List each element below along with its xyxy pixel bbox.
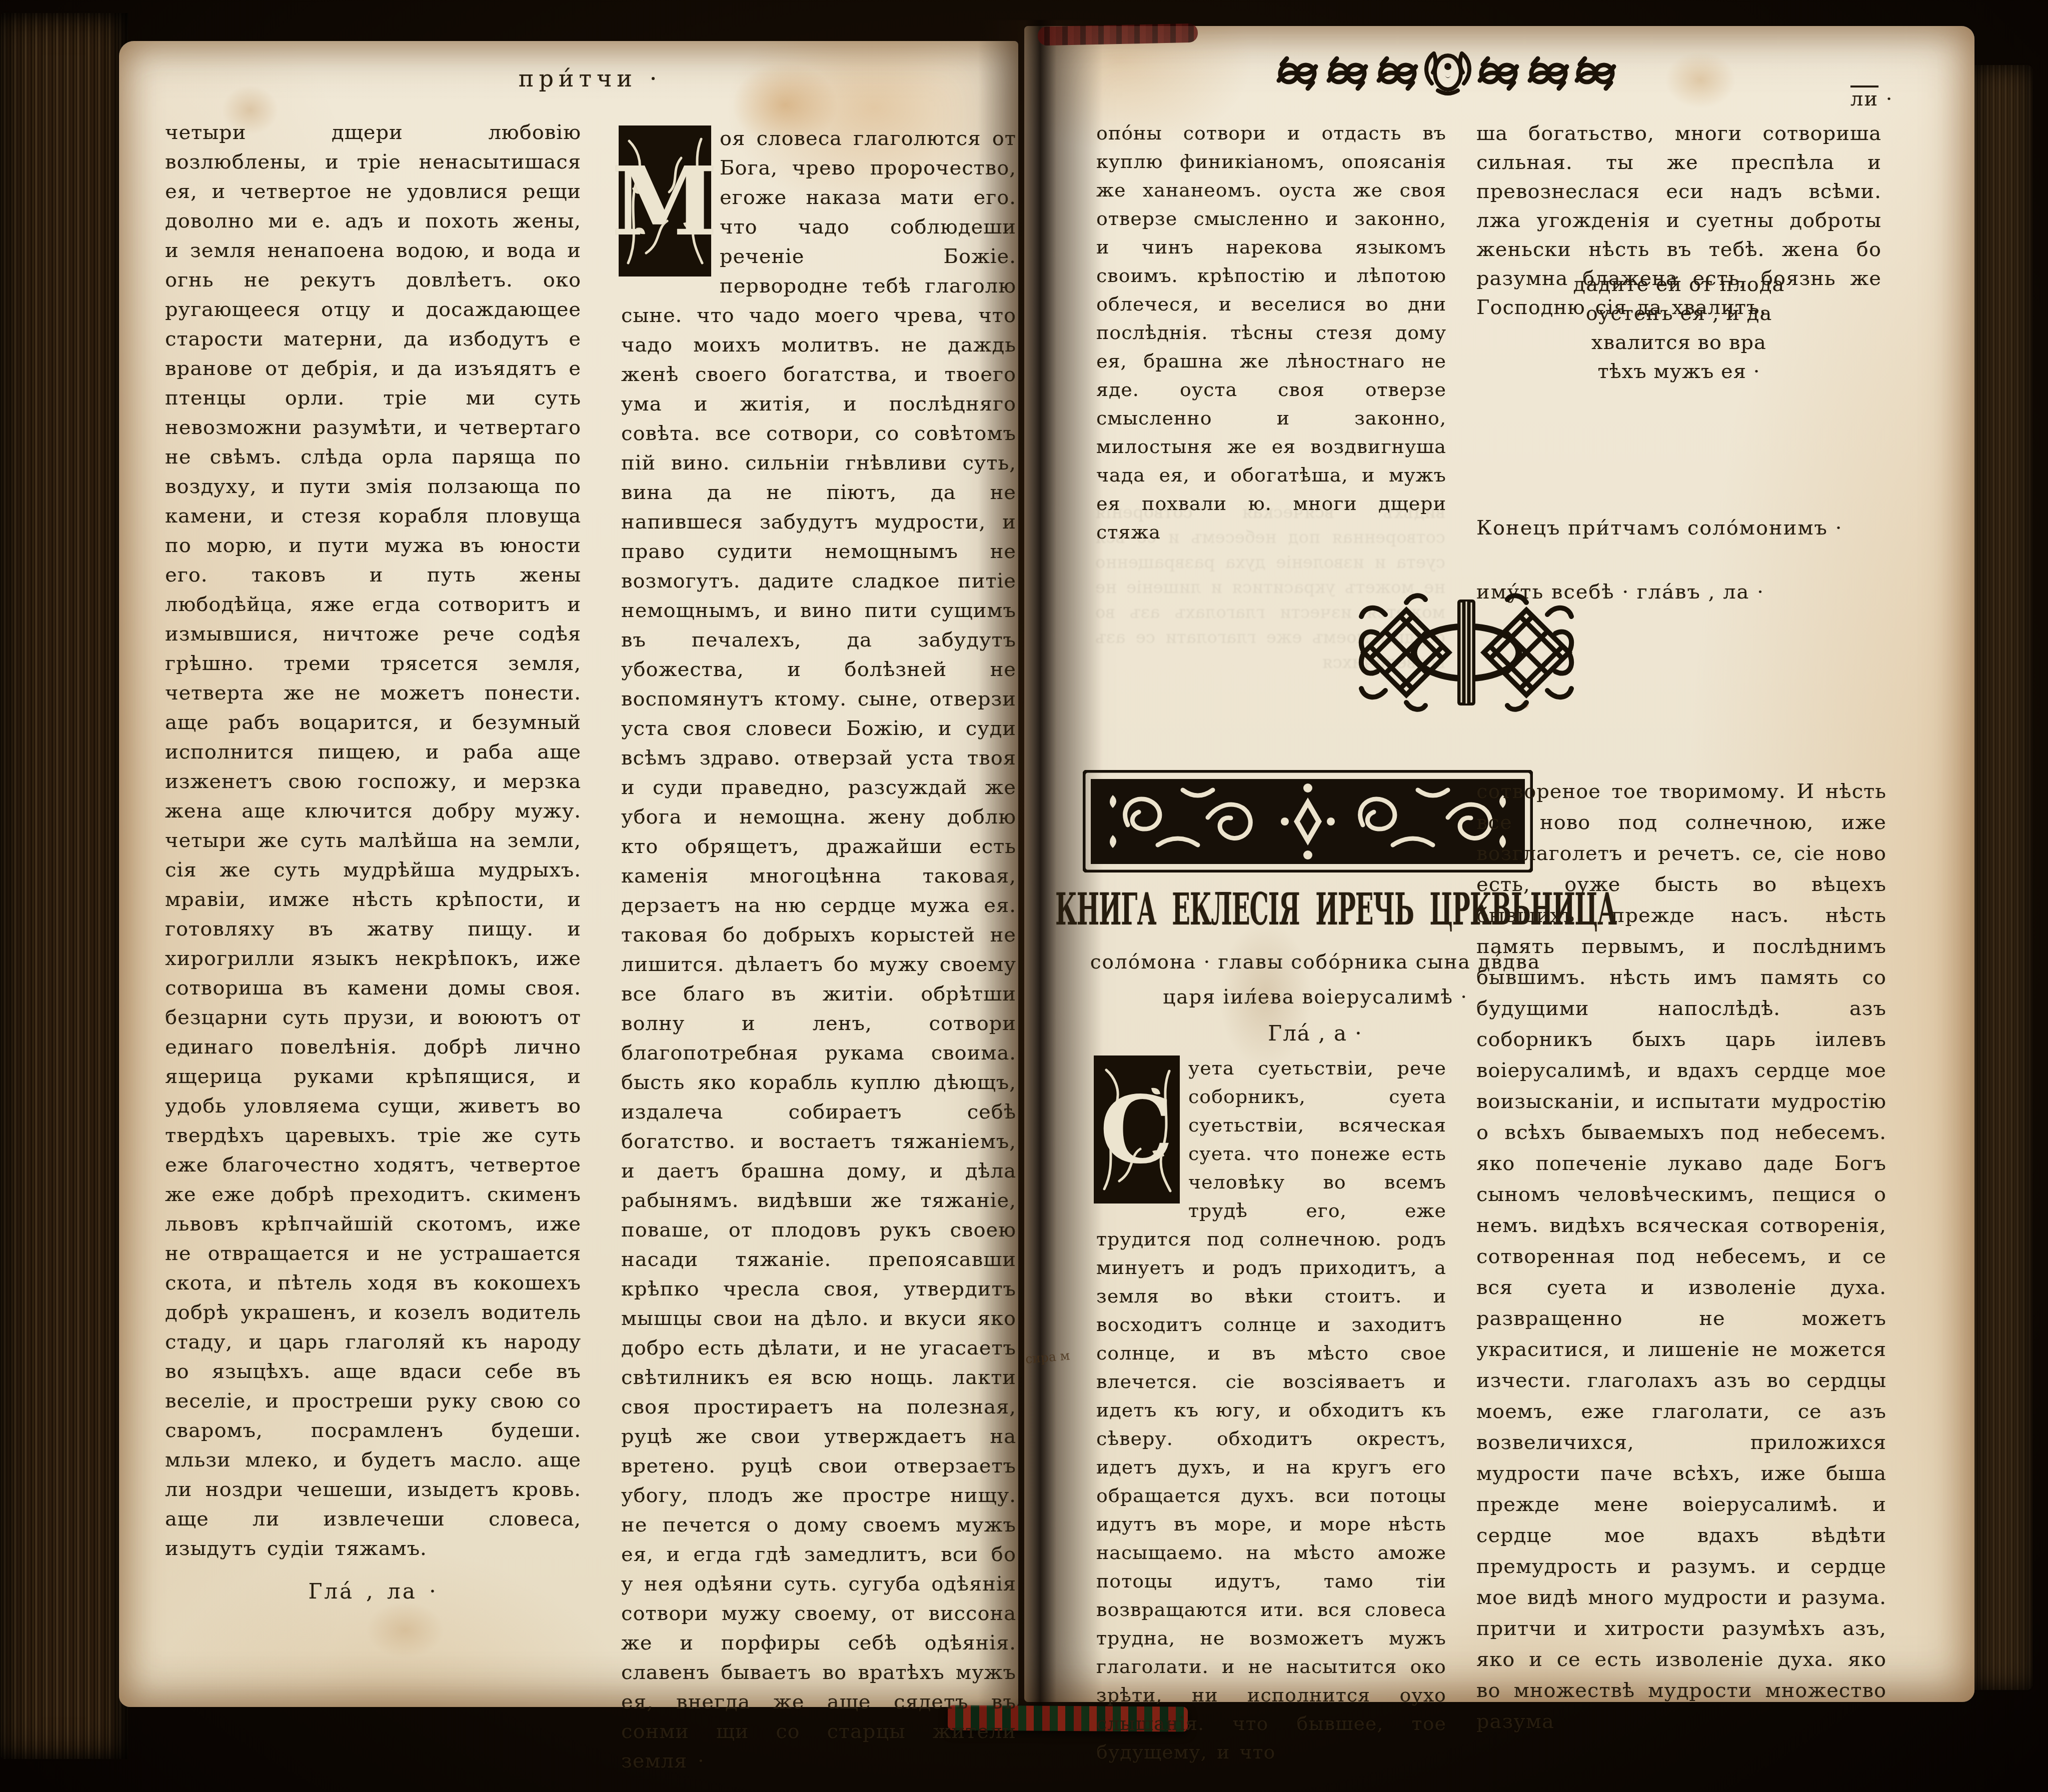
headband-ornament-row (1273, 47, 1623, 97)
right-column-1-top: опо́ны сотвори и отдасть въ куплю финикі… (1096, 119, 1446, 546)
folio-number: ли · (1850, 87, 1893, 110)
page-edge-stack-left (0, 13, 128, 1759)
colophon-line-1: Конецъ при́тчамъ соло́монимъ · (1476, 516, 1842, 539)
proverbs-ch31-text: оя словеса глаголются от Бога, чрево про… (621, 127, 1016, 1772)
page-edge-stack-right (1973, 65, 2032, 1690)
initial-letter-m: М (621, 128, 709, 274)
proverbs-colophon: Конецъ при́тчамъ соло́монимъ · иму́ть вс… (1476, 480, 1886, 608)
interlace-tailpiece (1346, 592, 1586, 712)
left-column-2: М оя словеса глаголются от Бога, чрево п… (621, 124, 1016, 1776)
ornate-initial-m: М (621, 128, 709, 274)
right-column-2-ecclesiastes: сотвореное тое творимому. И нѣсть все но… (1476, 776, 1886, 1737)
folio-numeral: ли (1850, 87, 1878, 110)
foliate-headpiece (1083, 770, 1533, 872)
book-photograph: при́тчи · четыри дщери любовію возлюблен… (0, 0, 2048, 1792)
ornate-initial-s: С (1096, 1058, 1177, 1201)
right-column-1-ecclesiastes: С уета суетьствіи, рече соборникъ, суета… (1096, 1054, 1446, 1766)
spine-endband-top (1038, 23, 1198, 46)
chapter-mark-31: Гла́ , ла · (165, 1576, 581, 1606)
left-column-1: четыри дщери любовію возлюблены, и тріе … (165, 118, 581, 1606)
folio-dot: · (1886, 87, 1893, 110)
proverbs-ch30-text: четыри дщери любовію возлюблены, и тріе … (165, 121, 581, 1560)
initial-letter-s: С (1096, 1058, 1177, 1201)
proverbs-ending-taper: дадите ей от плода оустенъ ея , и да хва… (1476, 270, 1881, 386)
running-title-proverbs: при́тчи · (165, 65, 1015, 92)
